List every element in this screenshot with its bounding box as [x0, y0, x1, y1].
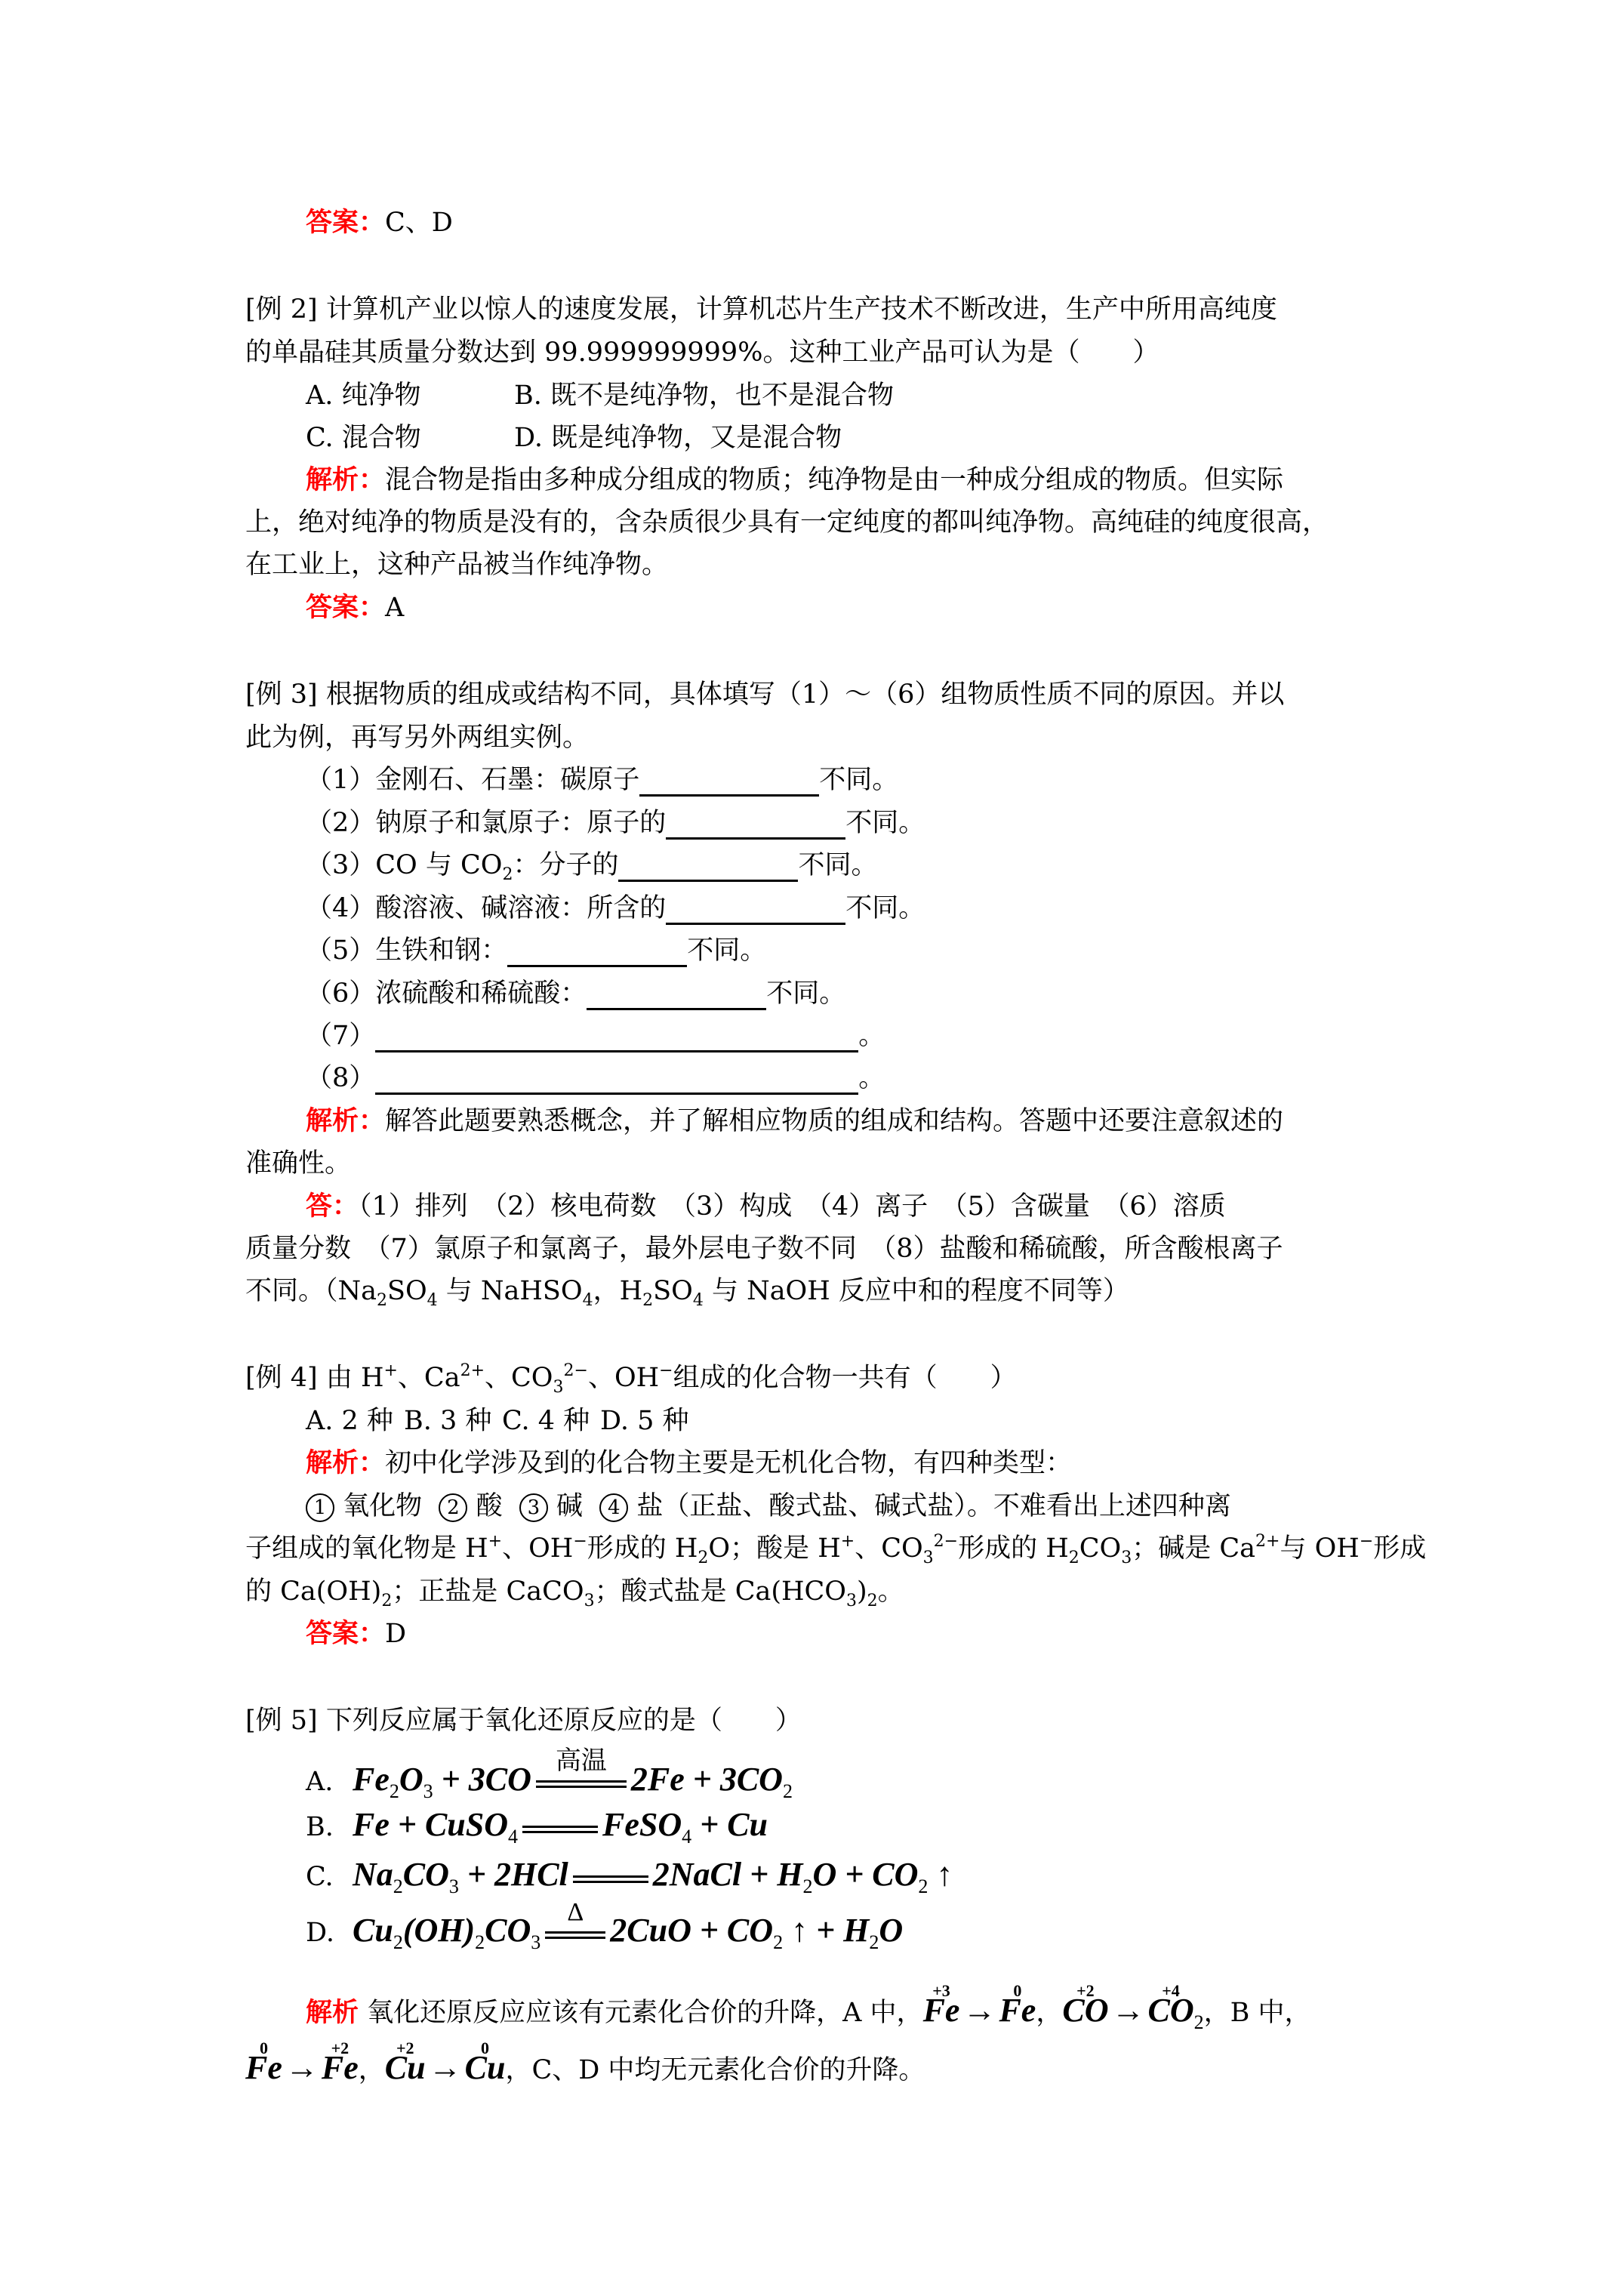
element: +2CO — [1062, 1990, 1108, 2031]
text: 、CO — [855, 1533, 922, 1564]
element: 0Cu — [465, 2048, 506, 2088]
item-suffix: 不同。 — [819, 765, 898, 795]
text: 、Ca — [398, 1363, 460, 1393]
gas-arrow-text: ↑ — [928, 1856, 953, 1893]
subscript: 2 — [390, 1780, 399, 1802]
element: +2Cu — [385, 2048, 426, 2088]
circled-number-3: 3 — [519, 1493, 548, 1522]
reaction-condition — [522, 1823, 598, 1833]
item-text: （5）生铁和钢： — [306, 935, 507, 966]
text: + 3CO — [433, 1761, 531, 1798]
element: +2Fe — [322, 2048, 359, 2088]
fill-blank[interactable] — [666, 810, 845, 840]
ex3-item-1: （1）金刚石、石墨：碳原子不同。 — [306, 763, 1468, 797]
answer-label: 答： — [306, 1191, 359, 1222]
fill-blank[interactable] — [639, 767, 819, 797]
analysis-label: 解析： — [306, 464, 385, 495]
ex5-option-b: B.Fe + CuSO4FeSO4 + Cu — [306, 1804, 1468, 1848]
option-d: D. 5 种 — [600, 1404, 688, 1438]
subscript: 2 — [475, 1931, 485, 1953]
superscript: + — [383, 1361, 397, 1380]
ex5-option-a: A.Fe2O3 + 3CO高温2Fe + 3CO2 — [306, 1759, 1468, 1802]
option-label: C. — [306, 1857, 353, 1897]
separator: ， — [359, 2055, 385, 2085]
reaction-condition — [573, 1872, 648, 1883]
reaction-condition: Δ — [545, 1928, 605, 1939]
text: CO — [485, 1912, 531, 1949]
ex4-question: [例 4] 由 H+、Ca2+、CO32−、OH−组成的化合物一共有（ ） — [245, 1361, 1408, 1395]
subscript: 4 — [693, 1291, 704, 1310]
text: 形成 — [1373, 1533, 1426, 1564]
answer-value: C、D — [385, 208, 453, 238]
ex3-analysis-line2: 准确性。 — [245, 1147, 1408, 1180]
analysis-text: ，C、D 中均无元素化合价的升降。 — [505, 2055, 925, 2085]
fill-blank[interactable] — [507, 938, 687, 967]
fill-blank[interactable] — [587, 981, 766, 1010]
circled-number-4: 4 — [599, 1493, 628, 1522]
fill-blank[interactable] — [375, 1023, 858, 1052]
ex5-analysis-line2: 0Fe→+2Fe，+2Cu→0Cu，C、D 中均无元素化合价的升降。 — [245, 2048, 1408, 2091]
ex2-answer: 答案：A — [306, 591, 1468, 624]
text: 不同。（Na — [245, 1276, 377, 1306]
ex5-option-d: D.Cu2(OH)2CO3Δ2CuO + CO2 ↑ + H2O — [306, 1910, 1468, 1953]
text: O — [399, 1761, 423, 1798]
item-suffix: 。 — [858, 1063, 885, 1093]
ex3-item-5: （5）生铁和钢：不同。 — [306, 934, 1468, 967]
text: Fe + CuSO — [353, 1806, 508, 1843]
item-suffix: 不同。 — [798, 850, 877, 880]
fill-blank[interactable] — [666, 895, 845, 925]
equation: Fe + CuSO4FeSO4 + Cu — [353, 1806, 768, 1843]
ex3-answer-line1: 答：（1）排列 （2）核电荷数 （3）构成 （4）离子 （5）含碳量 （6）溶质 — [306, 1190, 1468, 1223]
superscript: + — [488, 1532, 502, 1551]
ex3-analysis-line1: 解析：解答此题要熟悉概念，并了解相应物质的组成和结构。答题中还要注意叙述的 — [306, 1105, 1468, 1138]
subscript: 3 — [531, 1931, 540, 1953]
superscript: − — [573, 1532, 587, 1551]
ex3-answer-line3: 不同。（Na2SO4 与 NaHSO4，H2SO4 与 NaOH 反应中和的程度… — [245, 1274, 1408, 1308]
subscript: 4 — [508, 1826, 518, 1848]
option-label: B. — [306, 1807, 353, 1848]
equation: Cu2(OH)2CO3Δ2CuO + CO2 ↑ + H2O — [353, 1912, 903, 1949]
text: 与 NaOH 反应中和的程度不同等） — [704, 1276, 1129, 1306]
ex3-item-8: （8）。 — [306, 1062, 1468, 1095]
text: SO — [387, 1276, 427, 1306]
oxidation-expression: 0Fe→+2Fe — [245, 2049, 359, 2086]
ex4-analysis-line3: 子组成的氧化物是 H+、OH−形成的 H2O；酸是 H+、CO32−形成的 H2… — [245, 1532, 1408, 1565]
analysis-text: ，B 中， — [1204, 1998, 1311, 2028]
answer-label: 答案： — [306, 1618, 385, 1649]
ex2-question-line2: 的单晶硅其质量分数达到 99.999999999%。这种工业产品可认为是（ ） — [245, 336, 1408, 369]
text: 、CO — [485, 1363, 553, 1393]
text: O — [879, 1912, 903, 1949]
type-label: 酸 — [476, 1491, 503, 1521]
subscript: 2 — [867, 1592, 878, 1610]
superscript: 2− — [934, 1532, 958, 1551]
ex2-options-row2: C. 混合物D. 既是纯净物，又是混合物 — [306, 421, 1468, 455]
item-text: （3）CO 与 CO — [306, 850, 502, 880]
text: ↑ + H — [783, 1912, 869, 1949]
fill-blank[interactable] — [375, 1065, 858, 1095]
option-c: C. 混合物 — [306, 421, 514, 455]
text: [例 4] 由 H — [245, 1363, 383, 1393]
item-text: （8） — [306, 1063, 375, 1093]
subscript: 3 — [923, 1549, 934, 1567]
text: 。 — [878, 1576, 904, 1607]
ex4-analysis-line2: 1 氧化物 2 酸 3 碱 4 盐（正盐、酸式盐、碱式盐）。不难看出上述四种离 — [306, 1490, 1468, 1523]
ex2-analysis-line1: 解析：混合物是指由多种成分组成的物质；纯净物是由一种成分组成的物质。但实际 — [306, 464, 1468, 497]
oxidation-state: +4 — [1147, 1971, 1193, 2011]
circled-number-1: 1 — [306, 1493, 334, 1522]
subscript: 3 — [1121, 1549, 1132, 1567]
double-equals — [522, 1826, 598, 1833]
subscript: 4 — [583, 1291, 593, 1310]
oxidation-expression: +3Fe→0Fe — [923, 1992, 1036, 2029]
item-suffix: 。 — [858, 1021, 885, 1051]
double-equals — [573, 1875, 648, 1883]
condition-label: 高温 — [536, 1741, 627, 1782]
oxidation-state: 0 — [245, 2028, 282, 2069]
option-a: A. 纯净物 — [306, 379, 514, 412]
ex2-options-row1: A. 纯净物B. 既不是纯净物，也不是混合物 — [306, 379, 1468, 412]
subscript: 3 — [846, 1592, 857, 1610]
item-suffix: 不同。 — [845, 893, 925, 923]
item-suffix: 不同。 — [766, 978, 845, 1009]
text: CO — [403, 1856, 449, 1893]
subscript: 4 — [427, 1291, 438, 1310]
subscript: 2 — [642, 1291, 653, 1310]
subscript: 2 — [802, 1875, 812, 1897]
ex4-analysis-line1: 解析：初中化学涉及到的化合物主要是无机化合物，有四种类型： — [306, 1447, 1468, 1480]
equation: Na2CO3 + 2HCl2NaCl + H2O + CO2 ↑ — [353, 1856, 953, 1893]
superscript: 2+ — [460, 1361, 485, 1380]
ex2-analysis-line3: 在工业上，这种产品被当作纯净物。 — [245, 548, 1408, 581]
ex1-answer: 答案：C、D — [306, 206, 1468, 239]
type-label: 碱 — [556, 1491, 583, 1521]
analysis-text: 氧化还原反应应该有元素化合价的升降，A 中， — [367, 1998, 922, 2028]
subscript: 2 — [773, 1931, 783, 1953]
item-text: ：分子的 — [513, 850, 618, 880]
subscript: 2 — [918, 1875, 928, 1897]
text: + 2HCl — [459, 1856, 568, 1893]
oxidation-state: 0 — [465, 2028, 506, 2069]
option-b: B. 3 种 — [404, 1404, 502, 1438]
text: 形成的 H — [958, 1533, 1069, 1564]
analysis-label: 解析： — [306, 1105, 385, 1136]
subscript: 2 — [377, 1291, 387, 1310]
ex2-analysis-line2: 上，绝对纯净的物质是没有的，含杂质很少具有一定纯度的都叫纯净物。高纯硅的纯度很高… — [245, 506, 1408, 539]
text: 的 Ca(OH) — [245, 1576, 381, 1607]
subscript: 3 — [449, 1875, 459, 1897]
item-text: （6）浓硫酸和稀硫酸： — [306, 978, 587, 1009]
superscript: + — [841, 1532, 855, 1551]
answer-text: （1）排列 （2）核电荷数 （3）构成 （4）离子 （5）含碳量 （6）溶质 — [359, 1191, 1226, 1222]
text: ；正盐是 CaCO — [392, 1576, 584, 1607]
ex3-item-2: （2）钠原子和氯原子：原子的不同。 — [306, 806, 1468, 840]
text: 、OH — [588, 1363, 659, 1393]
heat-symbol: Δ — [545, 1892, 605, 1933]
item-text: （4）酸溶液、碱溶液：所含的 — [306, 893, 666, 923]
reaction-condition: 高温 — [536, 1777, 627, 1788]
item-text: （7） — [306, 1021, 375, 1051]
ex4-analysis-line4: 的 Ca(OH)2；正盐是 CaCO3；酸式盐是 Ca(HCO3)2。 — [245, 1575, 1408, 1608]
text: (OH) — [403, 1912, 475, 1949]
oxidation-state: +2 — [1062, 1971, 1108, 2011]
ex3-question-line2: 此为例，再写另外两组实例。 — [245, 721, 1408, 754]
text: FeSO — [602, 1806, 682, 1843]
ex5-analysis-line1: 解析 氧化还原反应应该有元素化合价的升降，A 中，+3Fe→0Fe，+2CO→+… — [306, 1990, 1468, 2033]
ex5-option-c: C.Na2CO3 + 2HCl2NaCl + H2O + CO2 ↑ — [306, 1854, 1468, 1897]
subscript: 4 — [682, 1826, 691, 1848]
ex2-question-line1: [例 2] 计算机产业以惊人的速度发展，计算机芯片生产技术不断改进，生产中所用高… — [245, 293, 1408, 326]
ex3-item-6: （6）浓硫酸和稀硫酸：不同。 — [306, 977, 1468, 1010]
subscript: 2 — [783, 1780, 793, 1802]
text: SO — [653, 1276, 693, 1306]
element: 0Fe — [999, 1990, 1036, 2031]
option-label: D. — [306, 1912, 353, 1953]
type-label: 盐（正盐、酸式盐、碱式盐）。不难看出上述四种离 — [636, 1491, 1231, 1521]
ex4-options: A. 2 种B. 3 种C. 4 种D. 5 种 — [306, 1404, 1468, 1438]
oxidation-state: +2 — [322, 2028, 359, 2069]
separator: ， — [1036, 1998, 1062, 2028]
subscript: 2 — [393, 1931, 403, 1953]
ex3-item-7: （7）。 — [306, 1019, 1468, 1052]
element: +3Fe — [923, 1990, 960, 2031]
superscript: − — [1360, 1532, 1373, 1551]
analysis-text: 解答此题要熟悉概念，并了解相应物质的组成和结构。答题中还要注意叙述的 — [385, 1106, 1283, 1136]
text: 、OH — [502, 1533, 573, 1564]
oxidation-state: +2 — [385, 2028, 426, 2069]
subscript: 2 — [698, 1549, 708, 1567]
text: 形成的 H — [587, 1533, 698, 1564]
subscript: 2 — [869, 1931, 879, 1953]
text: ，H — [593, 1276, 643, 1306]
text: O；酸是 H — [708, 1533, 840, 1564]
answer-label: 答案： — [306, 592, 385, 623]
circled-number-2: 2 — [439, 1493, 467, 1522]
oxidation-state: +3 — [923, 1971, 960, 2011]
element: +4CO — [1147, 1990, 1193, 2031]
superscript: 2− — [564, 1361, 588, 1380]
subscript: 3 — [423, 1780, 433, 1802]
fill-blank[interactable] — [618, 852, 798, 882]
text: O + CO — [812, 1856, 918, 1893]
text: 2CuO + CO — [610, 1912, 773, 1949]
oxidation-expression: +2Cu→0Cu — [385, 2049, 506, 2086]
text: Na — [353, 1856, 393, 1893]
ex3-item-4: （4）酸溶液、碱溶液：所含的不同。 — [306, 892, 1468, 925]
arrow-icon: → — [282, 2049, 322, 2086]
text: 子组成的氧化物是 H — [245, 1533, 488, 1564]
subscript: 2 — [1069, 1549, 1079, 1567]
text: 组成的化合物一共有（ ） — [673, 1363, 1017, 1393]
text: 2Fe + 3CO — [631, 1761, 783, 1798]
oxidation-state: 0 — [999, 1971, 1036, 2011]
superscript: − — [659, 1361, 673, 1380]
ex5-question: [例 5] 下列反应属于氧化还原反应的是（ ） — [245, 1704, 1408, 1737]
text: 与 NaHSO — [438, 1276, 583, 1306]
subscript: 3 — [553, 1378, 564, 1397]
element: 0Fe — [245, 2048, 282, 2088]
text: + Cu — [691, 1806, 768, 1843]
superscript: 2+ — [1255, 1532, 1280, 1551]
item-suffix: 不同。 — [845, 808, 925, 838]
analysis-text: 初中化学涉及到的化合物主要是无机化合物，有四种类型： — [385, 1448, 1072, 1478]
analysis-label: 解析： — [306, 1447, 385, 1478]
ex3-answer-line2: 质量分数 （7）氯原子和氯离子，最外层电子数不同 （8）盐酸和稀硫酸，所含酸根离… — [245, 1232, 1408, 1265]
subscript: 2 — [381, 1592, 392, 1610]
answer-value: A — [385, 593, 404, 623]
text: 与 OH — [1280, 1533, 1359, 1564]
analysis-text: 混合物是指由多种成分组成的物质；纯净物是由一种成分组成的物质。但实际 — [385, 465, 1283, 495]
option-a: A. 2 种 — [306, 1404, 404, 1438]
subscript: 2 — [393, 1875, 403, 1897]
answer-label: 答案： — [306, 207, 385, 238]
item-text: （2）钠原子和氯原子：原子的 — [306, 808, 666, 838]
text: Cu — [353, 1912, 393, 1949]
text: ；酸式盐是 Ca(HCO — [595, 1576, 846, 1607]
arrow-icon: → — [959, 1992, 999, 2029]
item-text: （1）金刚石、石墨：碳原子 — [306, 765, 639, 795]
item-suffix: 不同。 — [687, 935, 766, 966]
option-c: C. 4 种 — [502, 1404, 600, 1438]
subscript: 3 — [584, 1592, 595, 1610]
subscript: 2 — [502, 865, 513, 884]
text: Fe — [353, 1761, 390, 1798]
type-label: 氧化物 — [343, 1491, 422, 1521]
option-label: A. — [306, 1761, 353, 1802]
ex3-question-line1: [例 3] 根据物质的组成或结构不同，具体填写（1）～（6）组物质性质不同的原因… — [245, 678, 1408, 711]
text: 2NaCl + H — [653, 1856, 803, 1893]
answer-value: D — [385, 1619, 406, 1649]
analysis-label: 解析 — [306, 1997, 359, 2028]
ex3-item-3: （3）CO 与 CO2：分子的不同。 — [306, 849, 1468, 882]
option-b: B. 既不是纯净物，也不是混合物 — [514, 379, 894, 412]
oxidation-expression: +2CO→+4CO2 — [1062, 1992, 1203, 2029]
subscript: 2 — [1194, 2011, 1204, 2033]
ex4-answer: 答案：D — [306, 1617, 1468, 1650]
arrow-icon: → — [426, 2049, 465, 2086]
option-d: D. 既是纯净物，又是混合物 — [514, 421, 842, 455]
arrow-icon: → — [1108, 1992, 1147, 2029]
text: ) — [857, 1576, 867, 1607]
text: CO — [1079, 1533, 1121, 1564]
text: ；碱是 Ca — [1132, 1533, 1255, 1564]
equation: Fe2O3 + 3CO高温2Fe + 3CO2 — [353, 1761, 793, 1798]
document-page: 答案：C、D [例 2] 计算机产业以惊人的速度发展，计算机芯片生产技术不断改进… — [0, 0, 1623, 2296]
